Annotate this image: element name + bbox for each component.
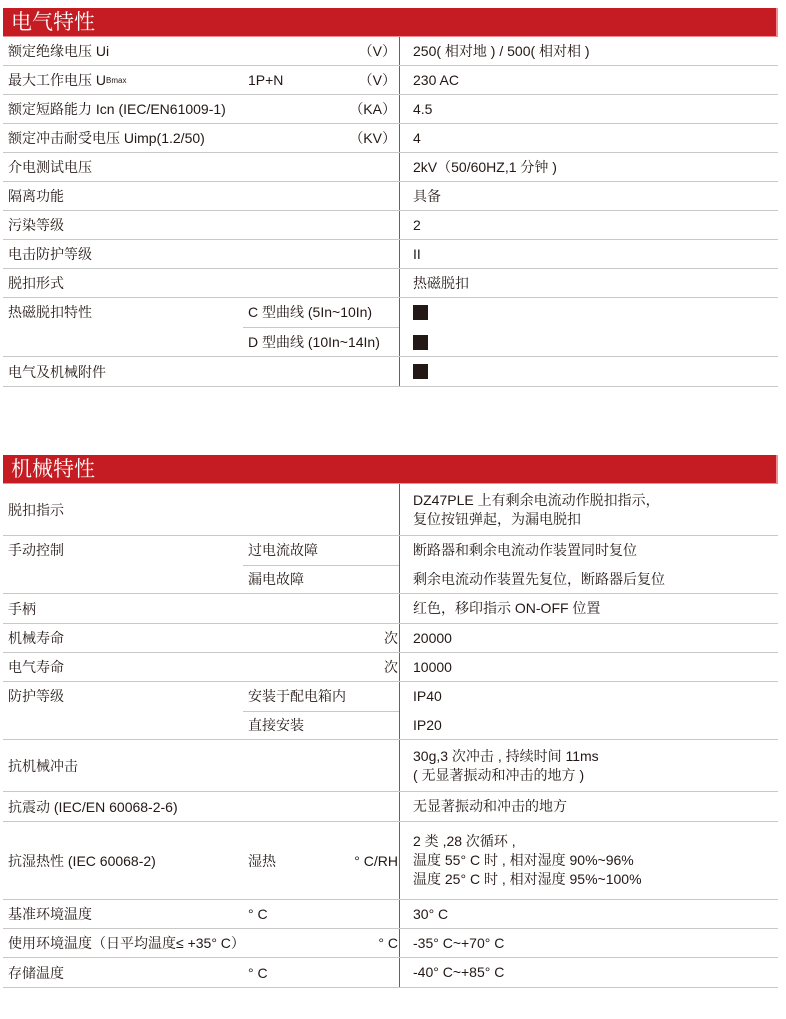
row-value: 2 类 ,28 次循环 , 温度 55° C 时 , 相对湿度 90%~96% …	[413, 822, 642, 899]
row-value: 4	[413, 124, 421, 152]
row-sub-label: C 型曲线 (5In~10In)	[248, 298, 372, 326]
row-value: 10000	[413, 653, 452, 681]
row-label: 手动控制	[8, 536, 64, 564]
section-title-electrical: 电气特性	[3, 8, 778, 37]
table-row: 额定冲击耐受电压 Uimp(1.2/50) （KV） 4	[3, 124, 778, 153]
table-row: 脱扣指示 DZ47PLE 上有剩余电流动作脱扣指示， 复位按钮弹起，为漏电脱扣	[3, 484, 778, 536]
row-unit: 次	[384, 624, 398, 652]
row-value: 230 AC	[413, 66, 459, 94]
row-unit: （KV）	[349, 124, 396, 152]
row-label: 污染等级	[8, 211, 64, 239]
table-row: 电气及机械附件	[3, 357, 778, 387]
section-title-mechanical: 机械特性	[3, 455, 778, 484]
row-sub-label: 漏电故障	[248, 565, 304, 593]
row-sub-label: 直接安装	[248, 711, 304, 739]
table-row: 抗震动 (IEC/EN 60068-2-6) 无显著振动和冲击的地方	[3, 792, 778, 822]
table-row: 额定短路能力 Icn (IEC/EN61009-1) （KA） 4.5	[3, 95, 778, 124]
row-value: 2kV（50/60HZ,1 分钟 )	[413, 153, 557, 181]
row-value: 红色，移印指示 ON-OFF 位置	[413, 594, 600, 623]
table-row: 最大工作电压 UBmax 1P+N （V） 230 AC	[3, 66, 778, 95]
table-row: 脱扣形式 热磁脱扣	[3, 269, 778, 298]
row-unit: （KA）	[349, 95, 396, 123]
mechanical-section: 机械特性 脱扣指示 DZ47PLE 上有剩余电流动作脱扣指示， 复位按钮弹起，为…	[3, 455, 778, 988]
row-label: 热磁脱扣特性	[8, 298, 92, 326]
filled-square-icon	[413, 335, 428, 350]
row-label-subscript: Bmax	[106, 76, 126, 85]
row-unit: ° C	[378, 929, 398, 957]
row-value: -35° C~+70° C	[413, 929, 504, 957]
row-label-text: 最大工作电压 U	[8, 70, 106, 90]
row-sub-label: 湿热	[248, 822, 276, 899]
row-value-line: ( 无显著振动和冲击的地方 )	[413, 766, 599, 785]
table-row: 污染等级 2	[3, 211, 778, 240]
row-value: 热磁脱扣	[413, 269, 469, 297]
row-unit: ° C	[248, 900, 268, 928]
row-unit: （V）	[359, 37, 396, 65]
row-value: DZ47PLE 上有剩余电流动作脱扣指示， 复位按钮弹起，为漏电脱扣	[413, 484, 660, 535]
row-value-line: 复位按钮弹起，为漏电脱扣	[413, 510, 660, 529]
row-label: 抗机械冲击	[8, 740, 78, 791]
table-row: 手柄 红色，移印指示 ON-OFF 位置	[3, 594, 778, 624]
row-label: 隔离功能	[8, 182, 64, 210]
filled-square-icon	[413, 305, 428, 320]
row-value: 4.5	[413, 95, 432, 123]
row-value-line: DZ47PLE 上有剩余电流动作脱扣指示，	[413, 491, 660, 510]
row-value: 具备	[413, 182, 441, 210]
curve-c-marker	[413, 298, 428, 326]
table-row: 使用环境温度（日平均温度≤ +35° C） ° C -35° C~+70° C	[3, 929, 778, 958]
row-sub-label: D 型曲线 (10In~14In)	[248, 328, 380, 356]
row-value-line: 2 类 ,28 次循环 ,	[413, 832, 642, 851]
table-row-group: 防护等级 安装于配电箱内 IP40 直接安装 IP20	[3, 682, 778, 740]
electrical-table: 额定绝缘电压 Ui （V） 250( 相对地 ) / 500( 相对相 ) 最大…	[3, 37, 778, 387]
curve-d-marker	[413, 328, 428, 356]
row-value: IP20	[413, 711, 442, 739]
row-label: 机械寿命	[8, 624, 64, 652]
row-sub-label: 过电流故障	[248, 536, 318, 564]
row-unit: ° C/RH	[354, 822, 398, 899]
row-label: 手柄	[8, 594, 36, 623]
row-unit: （V）	[359, 66, 396, 94]
electrical-section: 电气特性 额定绝缘电压 Ui （V） 250( 相对地 ) / 500( 相对相…	[3, 8, 778, 387]
table-row: 隔离功能 具备	[3, 182, 778, 211]
table-row: 电气寿命 次 10000	[3, 653, 778, 682]
table-row: 机械寿命 次 20000	[3, 624, 778, 653]
row-label: 额定绝缘电压 Ui	[8, 37, 109, 65]
row-value: II	[413, 240, 421, 268]
accessories-marker	[413, 357, 428, 386]
table-row: 抗湿热性 (IEC 60068-2) 湿热 ° C/RH 2 类 ,28 次循环…	[3, 822, 778, 900]
mechanical-table: 脱扣指示 DZ47PLE 上有剩余电流动作脱扣指示， 复位按钮弹起，为漏电脱扣 …	[3, 484, 778, 988]
table-row: 抗机械冲击 30g,3 次冲击 , 持续时间 11ms ( 无显著振动和冲击的地…	[3, 740, 778, 792]
row-label: 存储温度	[8, 958, 64, 987]
row-unit: 次	[384, 653, 398, 681]
table-row: 额定绝缘电压 Ui （V） 250( 相对地 ) / 500( 相对相 )	[3, 37, 778, 66]
row-label: 使用环境温度（日平均温度≤ +35° C）	[8, 929, 245, 957]
row-label: 最大工作电压 UBmax	[8, 66, 126, 94]
table-row-group: 手动控制 过电流故障 断路器和剩余电流动作装置同时复位 漏电故障 剩余电流动作装…	[3, 536, 778, 594]
row-value: 2	[413, 211, 421, 239]
row-label: 额定短路能力 Icn (IEC/EN61009-1)	[8, 95, 226, 123]
row-value: 250( 相对地 ) / 500( 相对相 )	[413, 37, 590, 65]
row-value-line: 温度 55° C 时 , 相对湿度 90%~96%	[413, 851, 642, 870]
row-unit: ° C	[248, 958, 268, 987]
row-value: 20000	[413, 624, 452, 652]
row-label: 电气及机械附件	[8, 357, 106, 386]
row-label: 电气寿命	[8, 653, 64, 681]
row-label: 额定冲击耐受电压 Uimp(1.2/50)	[8, 124, 205, 152]
table-row: 介电测试电压 2kV（50/60HZ,1 分钟 )	[3, 153, 778, 182]
row-value: 剩余电流动作装置先复位，断路器后复位	[413, 565, 665, 593]
table-row: 基准环境温度 ° C 30° C	[3, 900, 778, 929]
row-value-line: 30g,3 次冲击 , 持续时间 11ms	[413, 747, 599, 766]
row-sub-label: 安装于配电箱内	[248, 682, 346, 710]
row-value-line: 温度 25° C 时 , 相对湿度 95%~100%	[413, 870, 642, 889]
row-value: 无显著振动和冲击的地方	[413, 792, 567, 821]
row-label: 电击防护等级	[8, 240, 92, 268]
row-value: 30° C	[413, 900, 448, 928]
row-label: 防护等级	[8, 682, 64, 710]
table-row-group: 热磁脱扣特性 C 型曲线 (5In~10In) D 型曲线 (10In~14In…	[3, 298, 778, 357]
filled-square-icon	[413, 364, 428, 379]
row-label: 基准环境温度	[8, 900, 92, 928]
row-label: 脱扣指示	[8, 484, 64, 535]
row-value: -40° C~+85° C	[413, 958, 504, 987]
row-label: 抗震动 (IEC/EN 60068-2-6)	[8, 792, 178, 821]
row-sub-label: 1P+N	[248, 66, 283, 94]
row-label: 脱扣形式	[8, 269, 64, 297]
row-label: 抗湿热性 (IEC 60068-2)	[8, 822, 156, 899]
row-value: 30g,3 次冲击 , 持续时间 11ms ( 无显著振动和冲击的地方 )	[413, 740, 599, 791]
table-row: 电击防护等级 II	[3, 240, 778, 269]
row-value: 断路器和剩余电流动作装置同时复位	[413, 536, 637, 564]
row-value: IP40	[413, 682, 442, 710]
table-row: 存储温度 ° C -40° C~+85° C	[3, 958, 778, 988]
row-label: 介电测试电压	[8, 153, 92, 181]
